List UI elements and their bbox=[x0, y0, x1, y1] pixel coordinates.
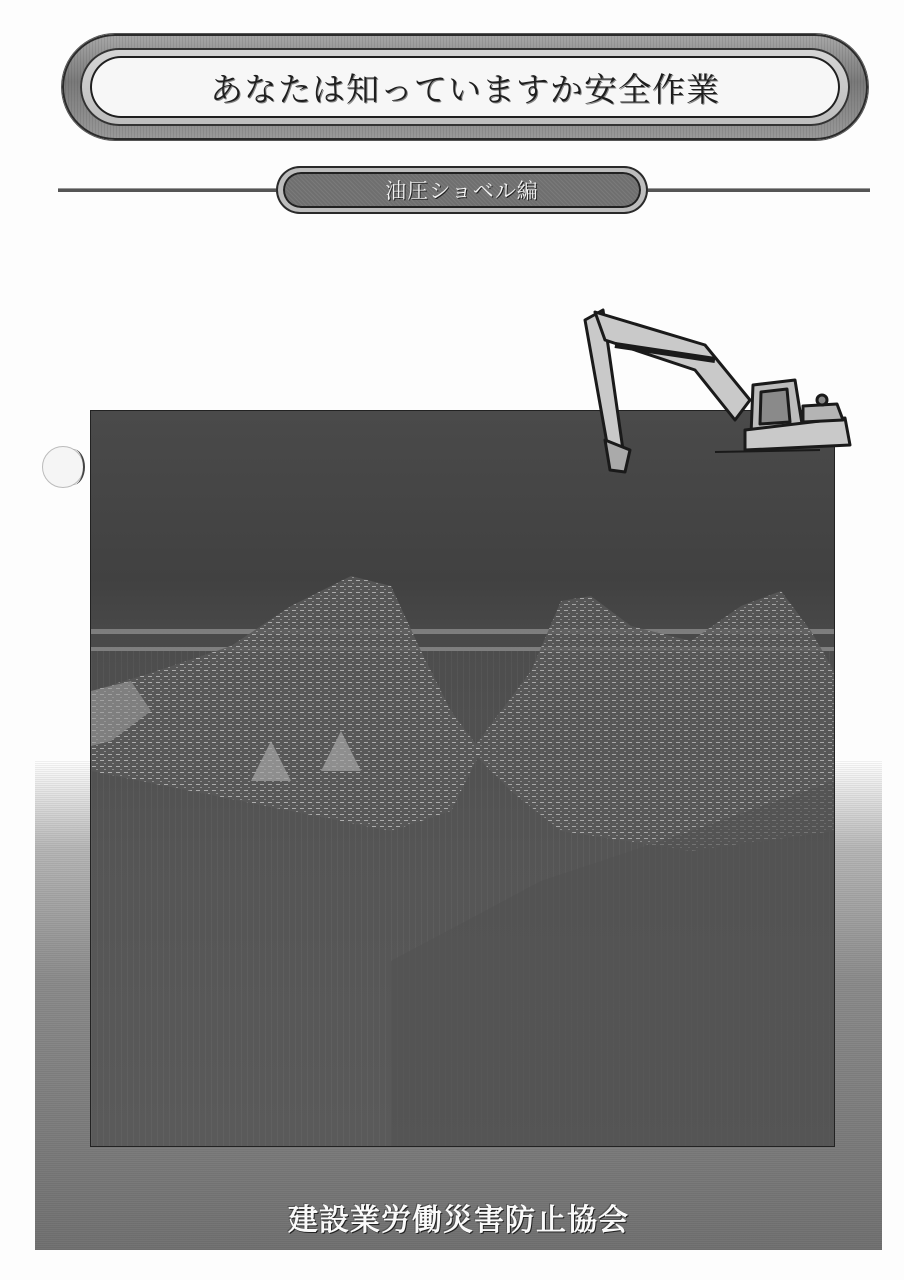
title-banner: あなたは知っていますか安全作業 bbox=[62, 34, 868, 140]
earth-mounds bbox=[91, 411, 834, 1146]
publisher-name: 建設業労働災害防止協会 bbox=[35, 1195, 882, 1239]
cover-subtitle: 油圧ショベル編 bbox=[385, 175, 539, 205]
subtitle-pill: 油圧ショベル編 bbox=[276, 166, 648, 214]
hole-punch-top bbox=[42, 446, 84, 488]
subtitle-pill-inner: 油圧ショベル編 bbox=[283, 172, 641, 208]
title-banner-inner: あなたは知っていますか安全作業 bbox=[90, 56, 840, 118]
excavator-illustration bbox=[575, 300, 860, 475]
cover-title: あなたは知っていますか安全作業 bbox=[210, 64, 720, 111]
cover-photo bbox=[90, 410, 835, 1147]
